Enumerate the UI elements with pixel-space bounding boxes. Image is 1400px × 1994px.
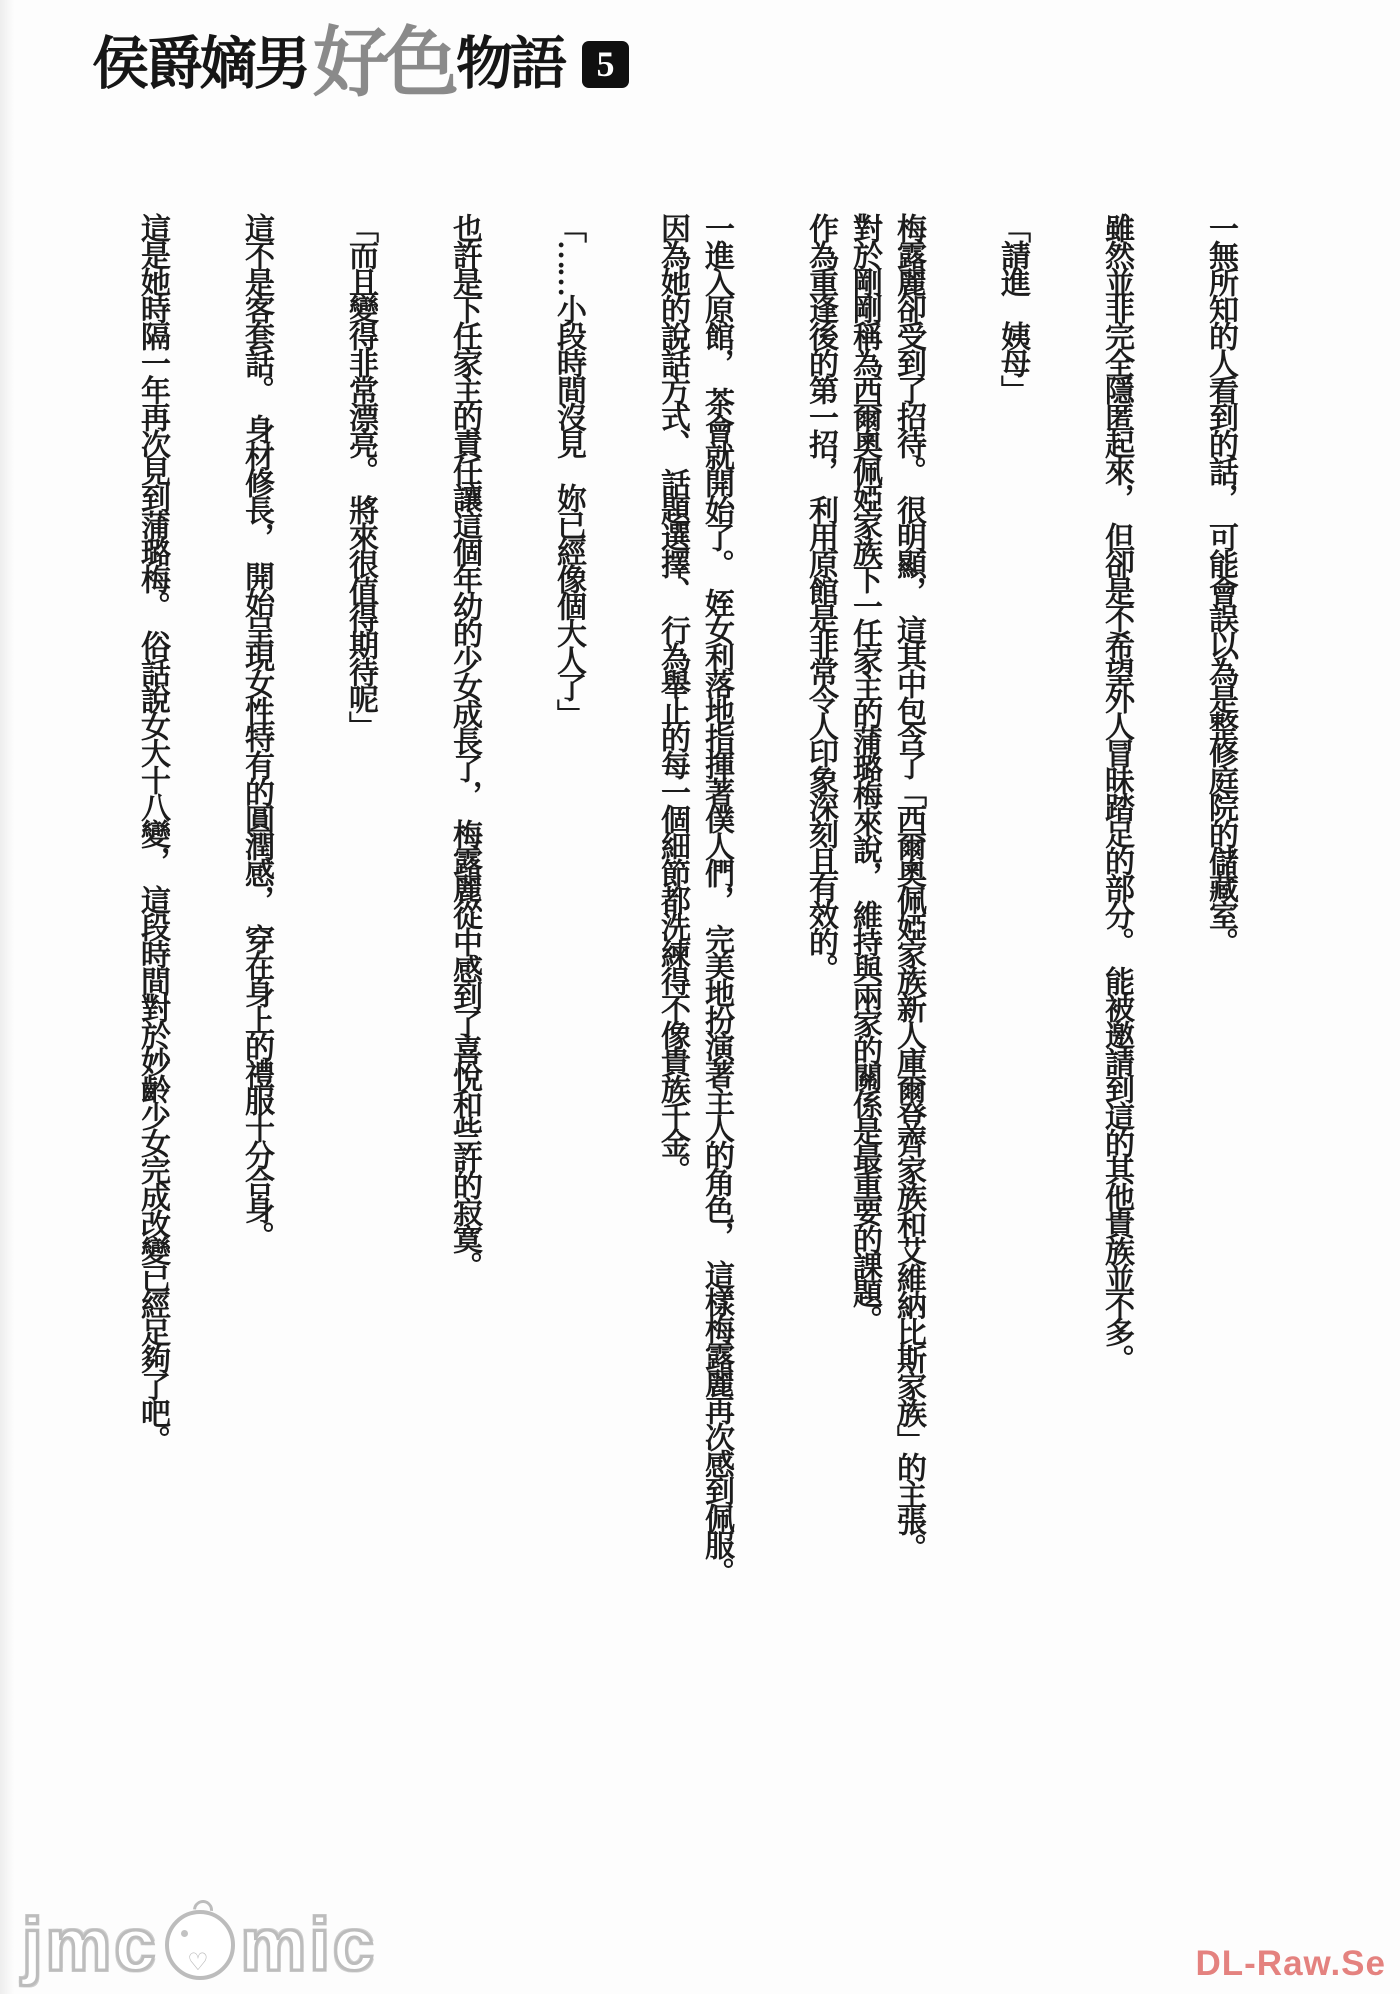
jmcomic-watermark-pre: jmc <box>22 1908 159 1982</box>
dlraw-watermark: DL-Raw.Se <box>1195 1944 1386 1984</box>
paragraph-12: 這不是客套話。 身材修長， 開始呈現女性特有的圓潤感， 穿在身上的禮服十分合身。 <box>234 213 278 1903</box>
jmcomic-watermark-post: mic <box>241 1908 378 1982</box>
paragraph-4: 梅露麗卻受到了招待。 很明顯， 這其中包含了「西爾奧佩婭家族新人庫爾登齊家族和艾… <box>886 213 930 1903</box>
paragraph-8: 因為她的說話方式、 話題選擇、 行為舉止的每一個細節都洗練得不像貴族千金。 <box>650 213 694 1903</box>
novel-text-area: 一無所知的人看到的話， 可能會誤以為是整修庭院的儲藏室。雖然並非完全隱匿起來， … <box>130 213 1242 1903</box>
jmcomic-watermark: jmc ♡ mic <box>22 1908 377 1982</box>
scan-edge-shadow <box>0 0 14 1994</box>
paragraph-3: 「請進 姨母」 <box>990 213 1034 1903</box>
paragraph-10: 也許是下任家主的責任讓這個年幼的少女成長了， 梅露麗從中感到了喜悅和些許的寂寞。 <box>442 213 486 1903</box>
paragraph-13: 這是她時隔一年再次見到蒲璐梅。 俗話說女大十八變， 這段時間對於妙齡少女完成改變… <box>130 213 174 1903</box>
paragraph-2: 雖然並非完全隱匿起來， 但卻是不希望外人冒昧踏足的部分。 能被邀請到這的其他貴族… <box>1094 213 1138 1903</box>
paragraph-6: 作為重逢後的第一招， 利用原館是非常令人印象深刻且有效的。 <box>798 213 842 1903</box>
book-title: 侯爵嫡男好色物語 5 <box>92 26 629 102</box>
book-title-part2: 物語 <box>456 36 564 93</box>
book-title-accent: 好色 <box>313 26 453 102</box>
paragraph-9: 「……小段時間沒見 妳已經像個大人了」 <box>546 213 590 1903</box>
paragraph-7: 一進入原館， 茶會就開始了。 姪女利落地指揮著僕人們， 完美地扮演著主人的角色，… <box>694 213 738 1903</box>
paragraph-5: 對於剛剛稱為西爾奧佩婭家族下一任家主的蒲璐梅來說， 維持與兩家的關係是最重要的課… <box>842 213 886 1903</box>
volume-badge: 5 <box>582 41 629 88</box>
volume-number: 5 <box>597 46 615 82</box>
book-title-part1: 侯爵嫡男 <box>92 36 308 93</box>
paragraph-1: 一無所知的人看到的話， 可能會誤以為是整修庭院的儲藏室。 <box>1198 213 1242 1903</box>
paragraph-11: 「而且變得非常漂亮。 將來很值得期待呢」 <box>338 213 382 1903</box>
mascot-eye <box>181 1930 188 1937</box>
mascot-icon: ♡ <box>165 1910 235 1980</box>
heart-icon: ♡ <box>187 1950 212 1974</box>
